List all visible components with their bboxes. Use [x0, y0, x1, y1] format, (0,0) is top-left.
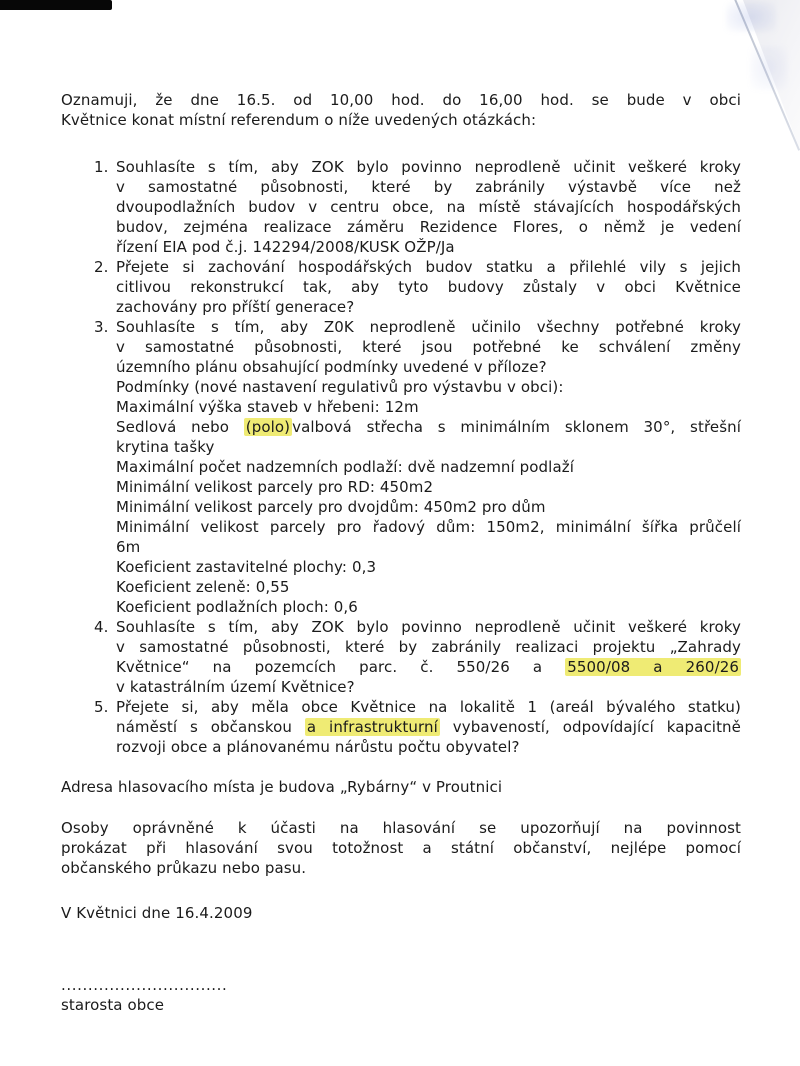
text-line: náměstí s občanskou a infrastrukturní vy… — [116, 717, 741, 737]
text-line: Přejete si zachování hospodářských budov… — [116, 257, 741, 277]
question-number: 3. — [94, 317, 109, 337]
text-segment: Adresa hlasovacího místa je budova „Rybá… — [61, 778, 502, 796]
text-line: Květnice“ na pozemcích parc. č. 550/26 a… — [116, 657, 741, 677]
question-item: 3.Souhlasíte s tím, aby Z0K neprodleně u… — [61, 317, 741, 617]
question-number: 2. — [94, 257, 109, 277]
text-line: Osoby oprávněné k účasti na hlasování se… — [61, 818, 741, 838]
text-segment: Souhlasíte s tím, aby Z0K neprodleně uči… — [116, 318, 741, 336]
text-segment: Maximální výška staveb v hřebeni: 12m — [116, 398, 419, 416]
intro-paragraph: Oznamuji, že dne 16.5. od 10,00 hod. do … — [61, 90, 741, 130]
text-line: Sedlová nebo (polo)valbová střecha s min… — [116, 417, 741, 437]
text-line: citlivou rekonstrukcí tak, aby tyto budo… — [116, 277, 741, 297]
text-segment: občanského průkazu nebo pasu. — [61, 859, 306, 877]
text-segment: Oznamuji, že dne 16.5. od 10,00 hod. do … — [61, 91, 741, 109]
text-segment: V Květnici dne 16.4.2009 — [61, 904, 252, 922]
text-segment: v katastrálním území Květnice? — [116, 678, 355, 696]
text-line: Koeficient zastavitelné plochy: 0,3 — [116, 557, 741, 577]
text-segment: Sedlová nebo — [116, 418, 244, 436]
address-paragraph: Adresa hlasovacího místa je budova „Rybá… — [61, 777, 741, 797]
text-line: prokázat při hlasování svou totožnost a … — [61, 838, 741, 858]
text-segment: Minimální velikost parcely pro RD: 450m2 — [116, 478, 433, 496]
text-segment: citlivou rekonstrukcí tak, aby tyto budo… — [116, 278, 741, 296]
text-line: Květnice konat místní referendum o níže … — [61, 110, 741, 130]
text-line: budov, zejména realizace záměru Rezidenc… — [116, 217, 741, 237]
text-line: Minimální velikost parcely pro RD: 450m2 — [116, 477, 741, 497]
text-line: rozvoji obce a plánovanému nárůstu počtu… — [116, 737, 741, 757]
document-content: Oznamuji, že dne 16.5. od 10,00 hod. do … — [0, 0, 800, 1015]
text-segment: Minimální velikost parcely pro dvojdům: … — [116, 498, 546, 516]
text-line: Souhlasíte s tím, aby ZOK bylo povinno n… — [116, 617, 741, 637]
text-line: Přejete si, aby měla obce Květnice na lo… — [116, 697, 741, 717]
highlighted-text: 5500/08 a 260/26 — [565, 658, 741, 676]
text-line: územního plánu obsahující podmínky uvede… — [116, 357, 741, 377]
text-segment: Přejete si zachování hospodářských budov… — [116, 258, 741, 276]
text-line: Maximální počet nadzemních podlaží: dvě … — [116, 457, 741, 477]
text-line: V Květnici dne 16.4.2009 — [61, 903, 741, 923]
text-segment: Podmínky (nové nastavení regulativů pro … — [116, 378, 563, 396]
text-segment: náměstí s občanskou — [116, 718, 305, 736]
text-segment: zachovány pro příští generace? — [116, 298, 354, 316]
text-segment: prokázat při hlasování svou totožnost a … — [61, 839, 741, 857]
text-segment: Květnice konat místní referendum o níže … — [61, 111, 536, 129]
signature-title: starosta obce — [61, 995, 741, 1015]
text-segment: budov, zejména realizace záměru Rezidenc… — [116, 218, 741, 236]
signature-block: ............................... starosta… — [61, 975, 741, 1015]
text-line: zachovány pro příští generace? — [116, 297, 741, 317]
question-item: 5.Přejete si, aby měla obce Květnice na … — [61, 697, 741, 757]
text-segment: Přejete si, aby měla obce Květnice na lo… — [116, 698, 741, 716]
text-segment: územního plánu obsahující podmínky uvede… — [116, 358, 547, 376]
text-segment: Osoby oprávněné k účasti na hlasování se… — [61, 819, 741, 837]
text-line: v samostatné působnosti, které jsou potř… — [116, 337, 741, 357]
question-item: 1.Souhlasíte s tím, aby ZOK bylo povinno… — [61, 157, 741, 257]
text-segment: dvoupodlažních budov v centru obce, na m… — [116, 198, 741, 216]
question-number: 5. — [94, 697, 109, 717]
text-line: Minimální velikost parcely pro dvojdům: … — [116, 497, 741, 517]
question-list: 1.Souhlasíte s tím, aby ZOK bylo povinno… — [61, 157, 741, 757]
text-segment: Koeficient podlažních ploch: 0,6 — [116, 598, 358, 616]
text-line: v katastrálním území Květnice? — [116, 677, 741, 697]
text-line: občanského průkazu nebo pasu. — [61, 858, 741, 878]
question-item: 2.Přejete si zachování hospodářských bud… — [61, 257, 741, 317]
text-line: Koeficient podlažních ploch: 0,6 — [116, 597, 741, 617]
text-segment: Maximální počet nadzemních podlaží: dvě … — [116, 458, 574, 476]
date-paragraph: V Květnici dne 16.4.2009 — [61, 903, 741, 923]
text-segment: 6m — [116, 538, 140, 556]
text-line: Minimální velikost parcely pro řadový dů… — [116, 517, 741, 537]
text-line: Oznamuji, že dne 16.5. od 10,00 hod. do … — [61, 90, 741, 110]
text-line: Koeficient zeleně: 0,55 — [116, 577, 741, 597]
text-segment: Koeficient zeleně: 0,55 — [116, 578, 290, 596]
text-segment: Koeficient zastavitelné plochy: 0,3 — [116, 558, 376, 576]
highlighted-text: a infrastrukturní — [305, 718, 440, 736]
text-line: Souhlasíte s tím, aby Z0K neprodleně uči… — [116, 317, 741, 337]
text-line: 6m — [116, 537, 741, 557]
text-line: dvoupodlažních budov v centru obce, na m… — [116, 197, 741, 217]
identification-paragraph: Osoby oprávněné k účasti na hlasování se… — [61, 818, 741, 878]
signature-dotted-line: ............................... — [61, 975, 741, 995]
question-number: 1. — [94, 157, 109, 177]
text-line: Maximální výška staveb v hřebeni: 12m — [116, 397, 741, 417]
text-segment: v samostatné působnosti, které by zabrán… — [116, 638, 741, 656]
text-line: krytina tašky — [116, 437, 741, 457]
text-line: v samostatné působnosti, které by zabrán… — [116, 177, 741, 197]
text-segment: rozvoji obce a plánovanému nárůstu počtu… — [116, 738, 520, 756]
text-segment: vybaveností, odpovídající kapacitně — [440, 718, 741, 736]
text-segment: Souhlasíte s tím, aby ZOK bylo povinno n… — [116, 158, 741, 176]
question-number: 4. — [94, 617, 109, 637]
question-item: 4.Souhlasíte s tím, aby ZOK bylo povinno… — [61, 617, 741, 697]
text-segment: řízení EIA pod č.j. 142294/2008/KUSK OŽP… — [116, 238, 455, 256]
text-line: Souhlasíte s tím, aby ZOK bylo povinno n… — [116, 157, 741, 177]
text-segment: valbová střecha s minimálním sklonem 30°… — [292, 418, 741, 436]
text-line: v samostatné působnosti, které by zabrán… — [116, 637, 741, 657]
text-segment: Minimální velikost parcely pro řadový dů… — [116, 518, 741, 536]
text-line: řízení EIA pod č.j. 142294/2008/KUSK OŽP… — [116, 237, 741, 257]
text-segment: Souhlasíte s tím, aby ZOK bylo povinno n… — [116, 618, 741, 636]
text-segment: krytina tašky — [116, 438, 214, 456]
highlighted-text: (polo) — [244, 418, 292, 436]
text-line: Podmínky (nové nastavení regulativů pro … — [116, 377, 741, 397]
scanned-document-page: { "page": { "kind": "scanned referendum … — [0, 0, 800, 1066]
text-line: Adresa hlasovacího místa je budova „Rybá… — [61, 777, 741, 797]
text-segment: v samostatné působnosti, které by zabrán… — [116, 178, 741, 196]
text-segment: Květnice“ na pozemcích parc. č. 550/26 a — [116, 658, 565, 676]
text-segment: v samostatné působnosti, které jsou potř… — [116, 338, 741, 356]
